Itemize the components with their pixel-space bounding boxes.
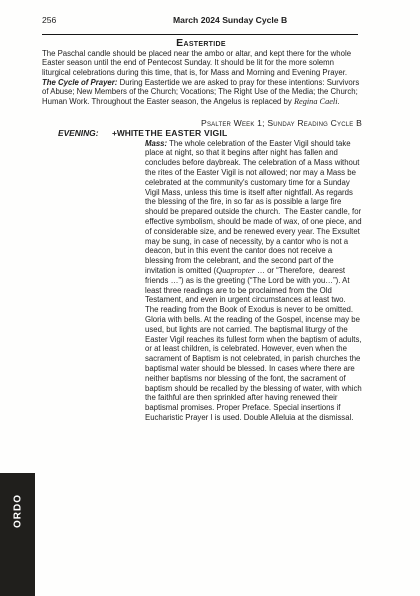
evening-label: EVENING: — [58, 128, 99, 138]
mass-rubrics-paragraph: Mass: The whole celebration of the Easte… — [145, 139, 363, 423]
psalter-week-note: Psalter Week 1; Sunday Reading Cycle B — [42, 118, 362, 128]
mass-text-start: The whole celebration of the Easter Vigi… — [145, 139, 364, 275]
ordo-book-page: 256 March 2024 Sunday Cycle B Eastertide… — [0, 0, 420, 596]
cycle-of-prayer-label: The Cycle of Prayer: — [42, 78, 117, 87]
season-intro-paragraph: The Paschal candle should be placed near… — [42, 49, 363, 107]
intro-text-end: . — [338, 97, 340, 106]
season-heading: Eastertide — [42, 37, 360, 49]
liturgical-colour-label: +WHITE — [112, 128, 144, 138]
regina-caeli-phrase: Regina Caeli — [294, 97, 338, 106]
mass-label: Mass: — [145, 139, 167, 148]
mass-text-end: … or “Therefore, dearest friends …”) as … — [145, 266, 364, 422]
ordo-tab-label: ORDO — [0, 494, 46, 529]
quapropter-phrase: Quapropter — [216, 266, 255, 275]
running-header-title: March 2024 Sunday Cycle B — [173, 15, 287, 25]
header-rule — [42, 34, 358, 35]
celebration-title: THE EASTER VIGIL — [145, 128, 227, 138]
page-number: 256 — [42, 15, 56, 25]
intro-text-start: The Paschal candle should be placed near… — [42, 49, 353, 77]
ordo-thumb-tab: ORDO — [0, 473, 35, 596]
